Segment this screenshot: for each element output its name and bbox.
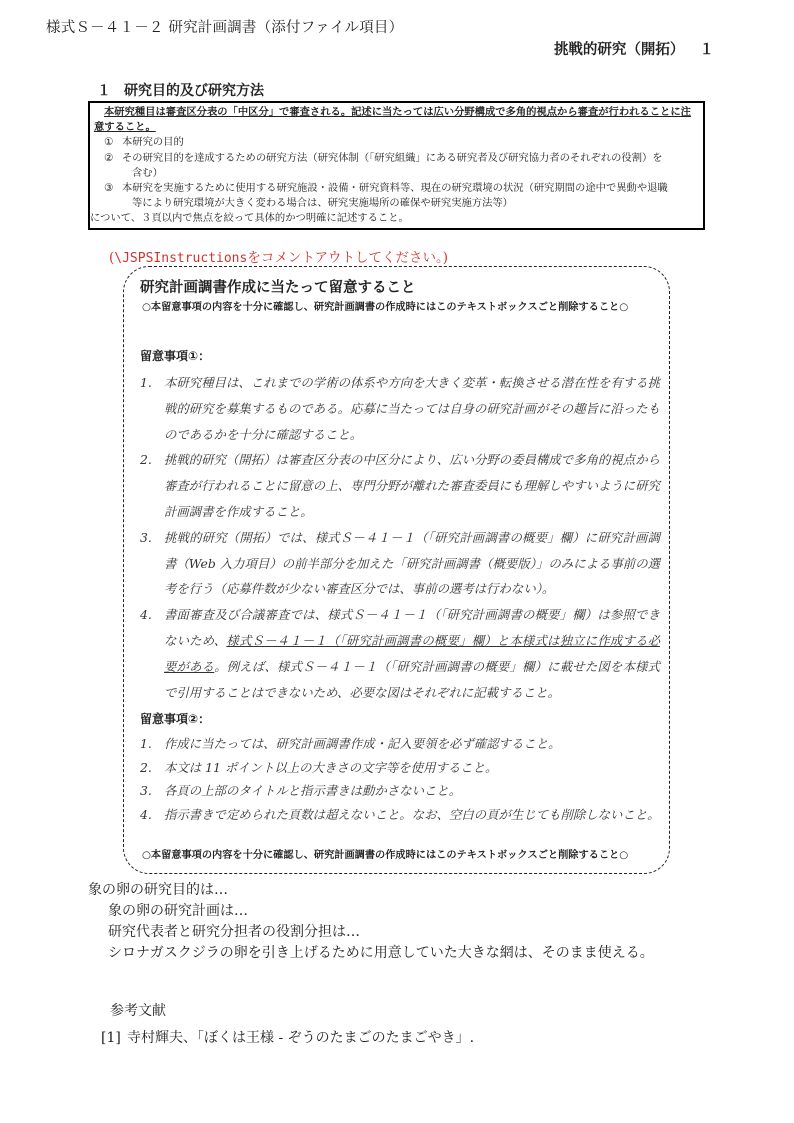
instruction-continuation: 含む）: [104, 166, 699, 181]
item-text: 作成に当たっては、研究計画調書作成・記入要領を必ず確認すること。: [164, 732, 660, 756]
list-item: 1. 作成に当たっては、研究計画調書作成・記入要領を必ず確認すること。: [140, 732, 660, 756]
instruction-text: その研究目的を達成するための研究方法（研究体制（「研究組織」にある研究者及び研究…: [122, 152, 663, 164]
item-number: 2.: [140, 756, 164, 780]
item-text: 書面審査及び合議審査では、様式Ｓ－４１－１（「研究計画調書の概要」欄）は参照でき…: [164, 602, 660, 705]
delete-banner-top: ○本留意事項の内容を十分に確認し、研究計画調書の作成時にはこのテキストボックスご…: [142, 298, 628, 313]
circled-number: ③: [104, 181, 122, 196]
item-text: 指示書きで定められた頁数は超えないこと。なお、空白の頁が生じても削除しないこと。: [164, 803, 660, 827]
body-paragraph: 象の卵の研究計画は…: [108, 901, 248, 922]
instruction-text: 本研究の目的: [122, 136, 184, 148]
section-heading: １研究目的及び研究方法: [97, 80, 264, 100]
research-category: 挑戦的研究（開拓） １: [554, 38, 714, 59]
item-number: 1.: [140, 370, 164, 447]
notes-group1-heading: 留意事項①：: [140, 347, 210, 364]
instruction-item: ③本研究を実施するために使用する研究施設・設備・研究資料等、現在の研究環境の状況…: [94, 181, 699, 211]
item-text: 各頁の上部のタイトルと指示書きは動かさないこと。: [164, 779, 660, 803]
list-item: 4. 指示書きで定められた頁数は超えないこと。なお、空白の頁が生じても削除しない…: [140, 803, 660, 827]
item-number: 3.: [140, 525, 164, 602]
item-text: 挑戦的研究（開拓）は審査区分表の中区分により、広い分野の委員構成で多角的視点から…: [164, 447, 660, 524]
reference-number: [1]: [101, 1030, 127, 1046]
notes-group2-list: 1. 作成に当たっては、研究計画調書作成・記入要領を必ず確認すること。 2. 本…: [140, 732, 660, 827]
notes-title: 研究計画調書作成に当たって留意すること: [140, 276, 416, 297]
page-number: １: [700, 42, 715, 58]
item-text: 本研究種目は、これまでの学術の体系や方向を大きく変革・転換させる潜在性を有する挑…: [164, 370, 660, 447]
list-item: 3. 挑戦的研究（開拓）では、様式Ｓ－４１－１（「研究計画調書の概要」欄）に研究…: [140, 525, 660, 602]
circled-number: ①: [104, 135, 122, 150]
instructions-box: 本研究種目は審査区分表の「中区分」で審査される。記述に当たっては広い分野構成で多…: [88, 101, 705, 230]
note-text: をコメントアウトしてください。): [247, 250, 448, 266]
notes-group1-list: 1. 本研究種目は、これまでの学術の体系や方向を大きく変革・転換させる潜在性を有…: [140, 370, 660, 705]
item-text: 本文は 11 ポイント以上の大きさの文字等を使用すること。: [164, 756, 660, 780]
instruction-continuation: 等により研究環境が大きく変わる場合は、研究実施場所の確保や研究実施方法等）: [104, 196, 699, 211]
list-item: 3. 各頁の上部のタイトルと指示書きは動かさないこと。: [140, 779, 660, 803]
delete-banner-bottom: ○本留意事項の内容を十分に確認し、研究計画調書の作成時にはこのテキストボックスご…: [142, 846, 628, 861]
latex-command: \JSPSInstructions: [114, 251, 247, 266]
item-number: 4.: [140, 602, 164, 705]
section-title: 研究目的及び研究方法: [124, 83, 264, 99]
item-number: 3.: [140, 779, 164, 803]
form-id: 様式Ｓ－４１－２ 研究計画調書（添付ファイル項目）: [46, 16, 403, 37]
item-number: 4.: [140, 803, 164, 827]
notes-group2-heading: 留意事項②：: [140, 710, 210, 727]
item-text-after: 。例えば、様式Ｓ－４１－１（「研究計画調書の概要」欄）に載せた図を本様式で引用す…: [164, 659, 660, 700]
references-heading: 参考文献: [110, 1000, 166, 1020]
instructions-tail: について、３頁以内で焦点を絞って具体的かつ明確に記述すること。: [90, 211, 699, 226]
reference-text: 寺村輝夫、「ぼくは王様 - ぞうのたまごのたまごやき」.: [127, 1030, 474, 1046]
body-paragraph: 研究代表者と研究分担者の役割分担は…: [108, 922, 360, 943]
list-item: 2. 本文は 11 ポイント以上の大きさの文字等を使用すること。: [140, 756, 660, 780]
section-number: １: [97, 80, 124, 100]
item-number: 2.: [140, 447, 164, 524]
list-item: 2. 挑戦的研究（開拓）は審査区分表の中区分により、広い分野の委員構成で多角的視…: [140, 447, 660, 524]
instruction-text: 本研究を実施するために使用する研究施設・設備・研究資料等、現在の研究環境の状況（…: [122, 182, 668, 194]
instructions-lead: 本研究種目は審査区分表の「中区分」で審査される。記述に当たっては広い分野構成で多…: [94, 105, 699, 135]
item-number: 1.: [140, 732, 164, 756]
instruction-item: ①本研究の目的: [94, 135, 699, 150]
category-label: 挑戦的研究（開拓）: [554, 42, 685, 58]
list-item: 1. 本研究種目は、これまでの学術の体系や方向を大きく変革・転換させる潜在性を有…: [140, 370, 660, 447]
item-text: 挑戦的研究（開拓）では、様式Ｓ－４１－１（「研究計画調書の概要」欄）に研究計画調…: [164, 525, 660, 602]
circled-number: ②: [104, 151, 122, 166]
list-item: 4. 書面審査及び合議審査では、様式Ｓ－４１－１（「研究計画調書の概要」欄）は参…: [140, 602, 660, 705]
body-paragraph: シロナガスクジラの卵を引き上げるために用意していた大きな網は、そのまま使える。: [108, 943, 654, 964]
comment-out-note: (\JSPSInstructionsをコメントアウトしてください。): [109, 246, 448, 266]
body-paragraph: 象の卵の研究目的は…: [88, 880, 228, 901]
reference-item: [1]寺村輝夫、「ぼくは王様 - ぞうのたまごのたまごやき」.: [101, 1027, 474, 1047]
instruction-item: ②その研究目的を達成するための研究方法（研究体制（「研究組織」にある研究者及び研…: [94, 151, 699, 181]
